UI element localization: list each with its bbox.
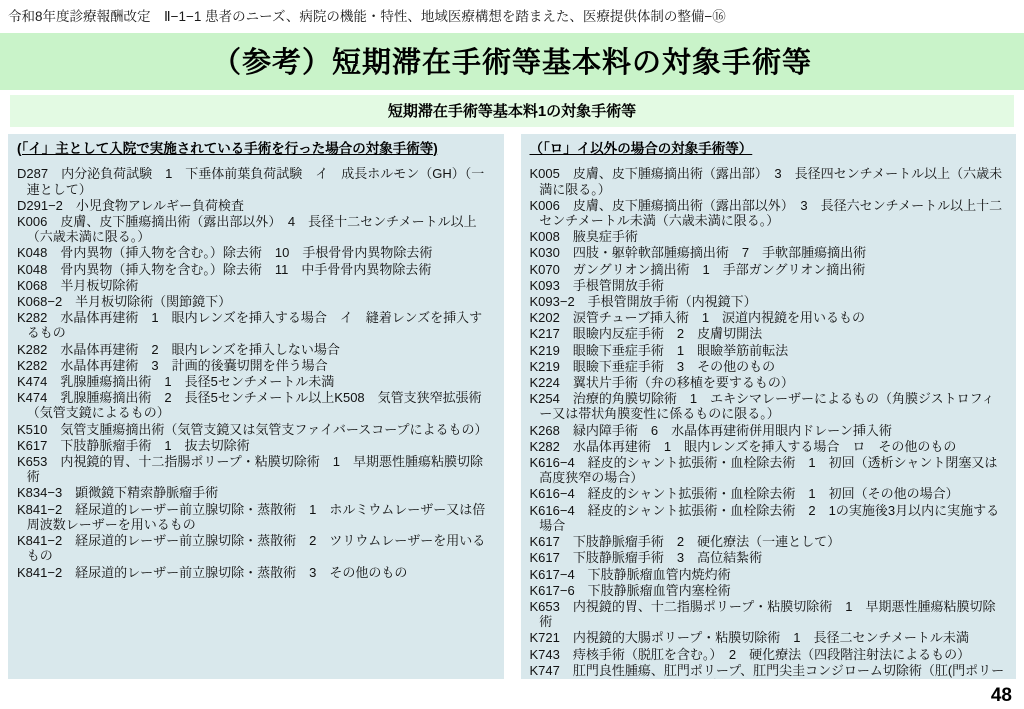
procedure-item: K268 緑内障手術 6 水晶体再建術併用眼内ドレーン挿入術: [530, 423, 1008, 438]
left-panel: (「イ」主として入院で実施されている手術を行った場合の対象手術等) D287 内…: [8, 134, 504, 679]
right-procedure-list: K005 皮膚、皮下腫瘍摘出術（露出部） 3 長径四センチメートル以上（六歳未満…: [530, 166, 1008, 678]
procedure-item: K616−4 経皮的シャント拡張術・血栓除去術 2 1の実施後3月以内に実施する…: [530, 503, 1008, 533]
procedure-item: K008 腋臭症手術: [530, 229, 1008, 244]
right-panel-header: （「ロ」イ以外の場合の対象手術等）: [530, 141, 753, 158]
procedure-item: K282 水晶体再建術 3 計画的後嚢切開を伴う場合: [17, 358, 495, 373]
slide-title-bar: （参考）短期滞在手術等基本料の対象手術等: [0, 33, 1024, 90]
procedure-item: K617−4 下肢静脈瘤血管内焼灼術: [530, 567, 1008, 582]
procedure-item: K254 治療的角膜切除術 1 エキシマレーザーによるもの（角膜ジストロフィー又…: [530, 391, 1008, 421]
procedure-item: K048 骨内異物（挿入物を含む。）除去術 11 中手骨骨内異物除去術: [17, 262, 495, 277]
procedure-item: K006 皮膚、皮下腫瘍摘出術（露出部以外） 4 長径十二センチメートル以上（六…: [17, 214, 495, 244]
procedure-item: K030 四肢・躯幹軟部腫瘍摘出術 7 手軟部腫瘍摘出術: [530, 245, 1008, 260]
procedure-item: K219 眼瞼下垂症手術 1 眼瞼挙筋前転法: [530, 343, 1008, 358]
procedure-item: D291−2 小児食物アレルギー負荷検査: [17, 198, 495, 213]
page-number: 48: [991, 685, 1012, 707]
procedure-item: D287 内分泌負荷試験 1 下垂体前葉負荷試験 イ 成長ホルモン（GH）（一連…: [17, 166, 495, 196]
procedure-item: K070 ガングリオン摘出術 1 手部ガングリオン摘出術: [530, 262, 1008, 277]
procedure-item: K006 皮膚、皮下腫瘍摘出術（露出部以外） 3 長径六センチメートル以上十二セ…: [530, 198, 1008, 228]
procedure-item: K282 水晶体再建術 1 眼内レンズを挿入する場合 イ 縫着レンズを挿入するも…: [17, 310, 495, 340]
right-panel: （「ロ」イ以外の場合の対象手術等） K005 皮膚、皮下腫瘍摘出術（露出部） 3…: [521, 134, 1017, 679]
procedure-item: K093 手根管開放手術: [530, 278, 1008, 293]
procedure-item: K617 下肢静脈瘤手術 1 抜去切除術: [17, 438, 495, 453]
procedure-item: K841−2 経尿道的レーザー前立腺切除・蒸散術 2 ツリウムレーザーを用いるも…: [17, 533, 495, 563]
procedure-item: K721 内視鏡的大腸ポリープ・粘膜切除術 1 長径二センチメートル未満: [530, 630, 1008, 645]
slide-header-text: 令和8年度診療報酬改定 Ⅱ−1−1 患者のニーズ、病院の機能・特性、地域医療構想…: [0, 0, 1024, 26]
procedure-item: K653 内視鏡的胃、十二指腸ポリープ・粘膜切除術 1 早期悪性腫瘍粘膜切除術: [17, 454, 495, 484]
procedure-item: K224 翼状片手術（弁の移植を要するもの）: [530, 375, 1008, 390]
procedure-item: K841−2 経尿道的レーザー前立腺切除・蒸散術 1 ホルミウムレーザー又は倍周…: [17, 502, 495, 532]
procedure-item: K747 肛門良性腫瘍、肛門ポリープ、肛門尖圭コンジローム切除術（肛(門ポリープ…: [530, 663, 1008, 679]
procedure-item: K282 水晶体再建術 2 眼内レンズを挿入しない場合: [17, 342, 495, 357]
left-panel-header: (「イ」主として入院で実施されている手術を行った場合の対象手術等): [17, 141, 438, 158]
procedure-item: K653 内視鏡的胃、十二指腸ポリープ・粘膜切除術 1 早期悪性腫瘍粘膜切除術: [530, 599, 1008, 629]
procedure-item: K616−4 経皮的シャント拡張術・血栓除去術 1 初回（その他の場合）: [530, 486, 1008, 501]
procedure-item: K282 水晶体再建術 1 眼内レンズを挿入する場合 ロ その他のもの: [530, 439, 1008, 454]
content-columns: (「イ」主として入院で実施されている手術を行った場合の対象手術等) D287 内…: [8, 134, 1016, 679]
procedure-item: K834−3 顕微鏡下精索静脈瘤手術: [17, 485, 495, 500]
left-procedure-list: D287 内分泌負荷試験 1 下垂体前葉負荷試験 イ 成長ホルモン（GH）（一連…: [17, 166, 495, 579]
procedure-item: K841−2 経尿道的レーザー前立腺切除・蒸散術 3 その他のもの: [17, 565, 495, 580]
procedure-item: K474 乳腺腫瘍摘出術 1 長径5センチメートル未満: [17, 374, 495, 389]
slide-subtitle: 短期滞在手術等基本料1の対象手術等: [388, 103, 636, 120]
procedure-item: K510 気管支腫瘍摘出術（気管支鏡又は気管支ファイバースコープによるもの）: [17, 422, 495, 437]
procedure-item: K048 骨内異物（挿入物を含む。）除去術 10 手根骨骨内異物除去術: [17, 245, 495, 260]
procedure-item: K068−2 半月板切除術（関節鏡下）: [17, 294, 495, 309]
procedure-item: K093−2 手根管開放手術（内視鏡下）: [530, 294, 1008, 309]
procedure-item: K617 下肢静脈瘤手術 2 硬化療法（一連として）: [530, 534, 1008, 549]
procedure-item: K219 眼瞼下垂症手術 3 その他のもの: [530, 359, 1008, 374]
procedure-item: K743 痔核手術（脱肛を含む。） 2 硬化療法（四段階注射法によるもの）: [530, 647, 1008, 662]
slide-title: （参考）短期滞在手術等基本料の対象手術等: [212, 47, 812, 79]
procedure-item: K202 涙管チューブ挿入術 1 涙道内視鏡を用いるもの: [530, 310, 1008, 325]
procedure-item: K617−6 下肢静脈瘤血管内塞栓術: [530, 583, 1008, 598]
procedure-item: K068 半月板切除術: [17, 278, 495, 293]
procedure-item: K617 下肢静脈瘤手術 3 高位結紮術: [530, 550, 1008, 565]
procedure-item: K616−4 経皮的シャント拡張術・血栓除去術 1 初回（透析シャント閉塞又は高…: [530, 455, 1008, 485]
procedure-item: K474 乳腺腫瘍摘出術 2 長径5センチメートル以上K508 気管支狭窄拡張術…: [17, 390, 495, 420]
slide-subtitle-bar: 短期滞在手術等基本料1の対象手術等: [10, 95, 1014, 127]
procedure-item: K005 皮膚、皮下腫瘍摘出術（露出部） 3 長径四センチメートル以上（六歳未満…: [530, 166, 1008, 196]
procedure-item: K217 眼瞼内反症手術 2 皮膚切開法: [530, 326, 1008, 341]
